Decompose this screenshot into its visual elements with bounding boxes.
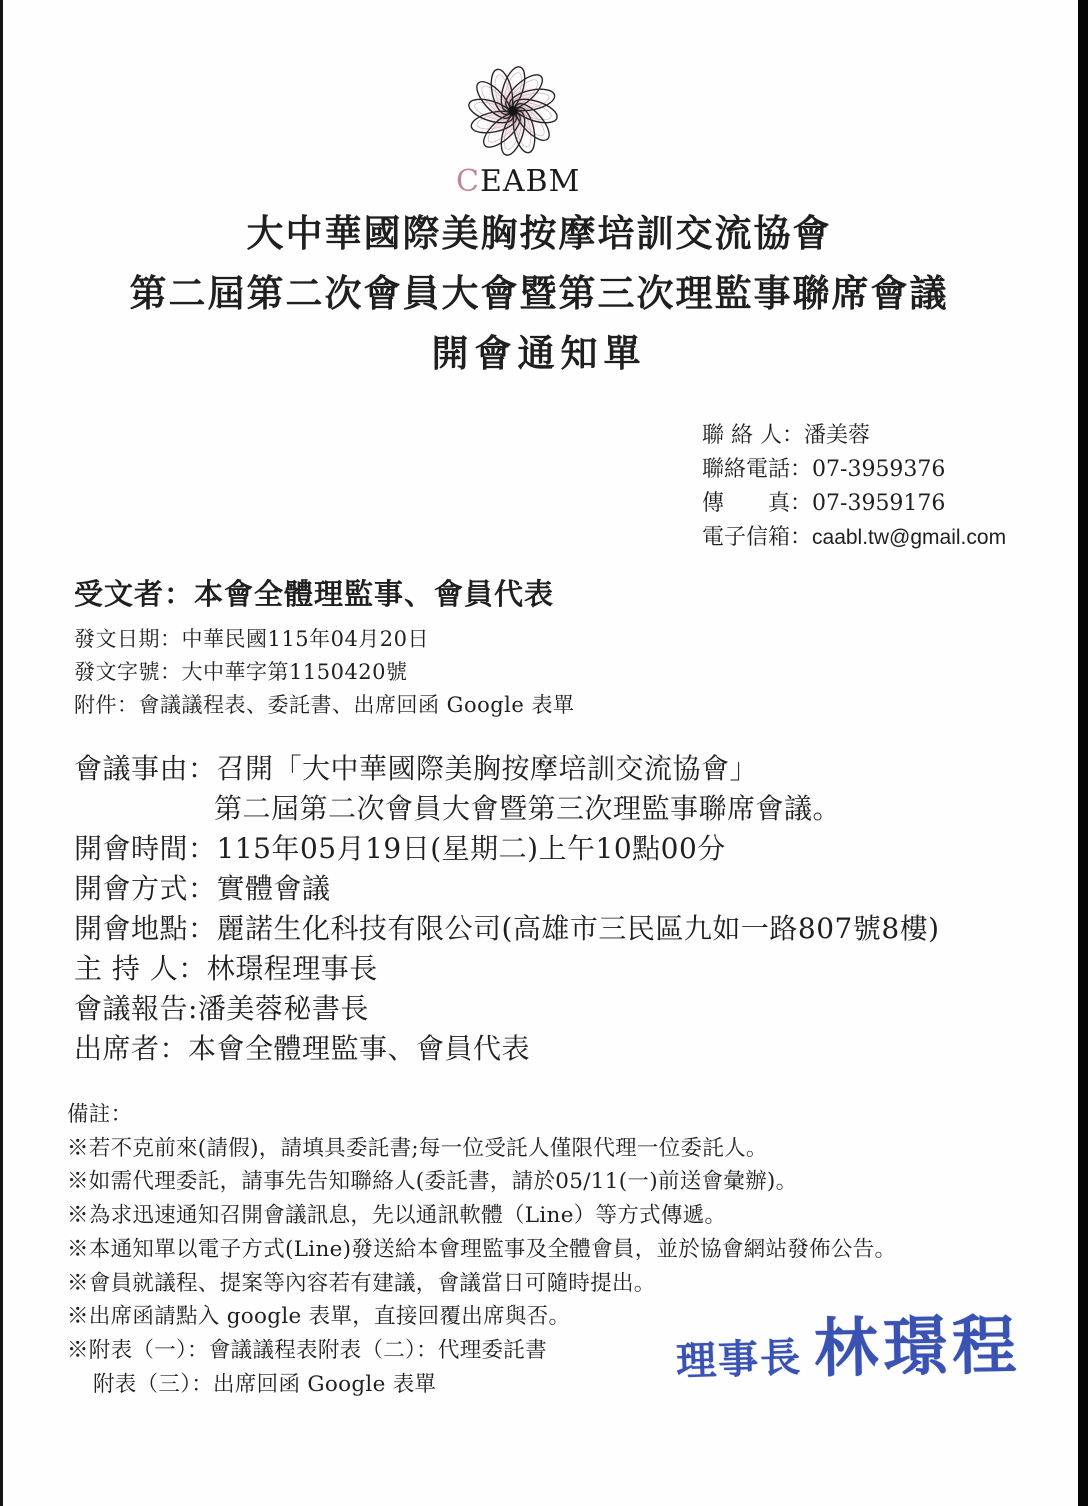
doc-number-line: 發文字號：大中華字第1150420號	[74, 656, 575, 689]
flower-spirograph-icon	[460, 60, 566, 162]
logo-letters-rest: EABM	[480, 164, 580, 199]
meeting-format-line: 開會方式：實體會議	[74, 869, 940, 909]
attachments-line: 附件：會議議程表、委託書、出席回函 Google 表單	[74, 689, 575, 722]
contact-person-row: 聯 絡 人：潘美蓉	[702, 419, 1006, 453]
contact-person-value: 潘美蓉	[804, 423, 870, 448]
meeting-subject-line1: 會議事由：召開「大中華國際美胸按摩培訓交流協會」	[74, 749, 940, 789]
meeting-details-block: 會議事由：召開「大中華國際美胸按摩培訓交流協會」 第二屆第二次會員大會暨第三次理…	[74, 749, 940, 1069]
contact-email-row: 電子信箱：caabl.tw@gmail.com	[702, 521, 1006, 555]
meeting-location-line: 開會地點：麗諾生化科技有限公司(高雄市三民區九如一路807號8樓)	[74, 909, 940, 949]
meeting-subject-line2: 第二屆第二次會員大會暨第三次理監事聯席會議。	[74, 789, 940, 829]
signature-name: 林璟程	[813, 1294, 1022, 1390]
meeting-time-line: 開會時間：115年05月19日(星期二)上午10點00分	[74, 829, 940, 869]
logo-letter-c: C	[456, 164, 480, 199]
doc-type-title: 開會通知單	[0, 323, 1078, 383]
meeting-reporter-line: 會議報告:潘美蓉秘書長	[74, 989, 940, 1029]
org-logo: CEABM	[456, 60, 570, 199]
note-item: ※為求迅速通知召開會議訊息，先以通訊軟體（Line）等方式傳遞。	[67, 1199, 896, 1233]
recipient-block: 受文者：本會全體理監事、會員代表 發文日期：中華民國115年04月20日 發文字…	[74, 576, 575, 722]
contact-person-label: 聯 絡 人：	[702, 423, 804, 448]
chairman-signature: 理事長 林璟程	[676, 1296, 1021, 1388]
contact-phone-value: 07-3959376	[812, 457, 945, 482]
contact-email-label: 電子信箱：	[702, 525, 812, 550]
scan-edge-right	[1078, 0, 1088, 1506]
note-item: ※如需代理委託，請事先告知聯絡人(委託書，請於05/11(一)前送會彙辦)。	[67, 1165, 896, 1199]
signature-title: 理事長	[675, 1326, 803, 1387]
contact-fax-value: 07-3959176	[812, 491, 945, 516]
document-header: 大中華國際美胸按摩培訓交流協會 第二屆第二次會員大會暨第三次理監事聯席會議 開會…	[0, 203, 1078, 383]
contact-block: 聯 絡 人：潘美蓉 聯絡電話：07-3959376 傳 真：07-3959176…	[702, 419, 1006, 555]
contact-email-value: caabl.tw@gmail.com	[812, 526, 1006, 549]
contact-fax-row: 傳 真：07-3959176	[702, 487, 1006, 521]
notes-heading: 備註：	[67, 1098, 896, 1132]
addressee-line: 受文者：本會全體理監事、會員代表	[74, 576, 575, 612]
org-name-title: 大中華國際美胸按摩培訓交流協會	[0, 203, 1078, 263]
contact-phone-row: 聯絡電話：07-3959376	[702, 453, 1006, 487]
note-item: ※本通知單以電子方式(Line)發送給本會理監事及全體會員，並於協會網站發佈公告…	[67, 1233, 896, 1267]
meeting-name-title: 第二屆第二次會員大會暨第三次理監事聯席會議	[0, 263, 1078, 323]
meeting-notice-document: CEABM 大中華國際美胸按摩培訓交流協會 第二屆第二次會員大會暨第三次理監事聯…	[0, 0, 1088, 1506]
contact-fax-label: 傳 真：	[702, 491, 812, 516]
issue-date-line: 發文日期：中華民國115年04月20日	[74, 623, 575, 656]
note-item: ※若不克前來(請假)，請填具委託書;每一位受託人僅限代理一位委託人。	[67, 1132, 896, 1166]
logo-acronym: CEABM	[456, 164, 570, 199]
meeting-chairperson-line: 主 持 人：林璟程理事長	[74, 949, 940, 989]
meeting-attendees-line: 出席者：本會全體理監事、會員代表	[74, 1029, 940, 1069]
contact-phone-label: 聯絡電話：	[702, 457, 812, 482]
